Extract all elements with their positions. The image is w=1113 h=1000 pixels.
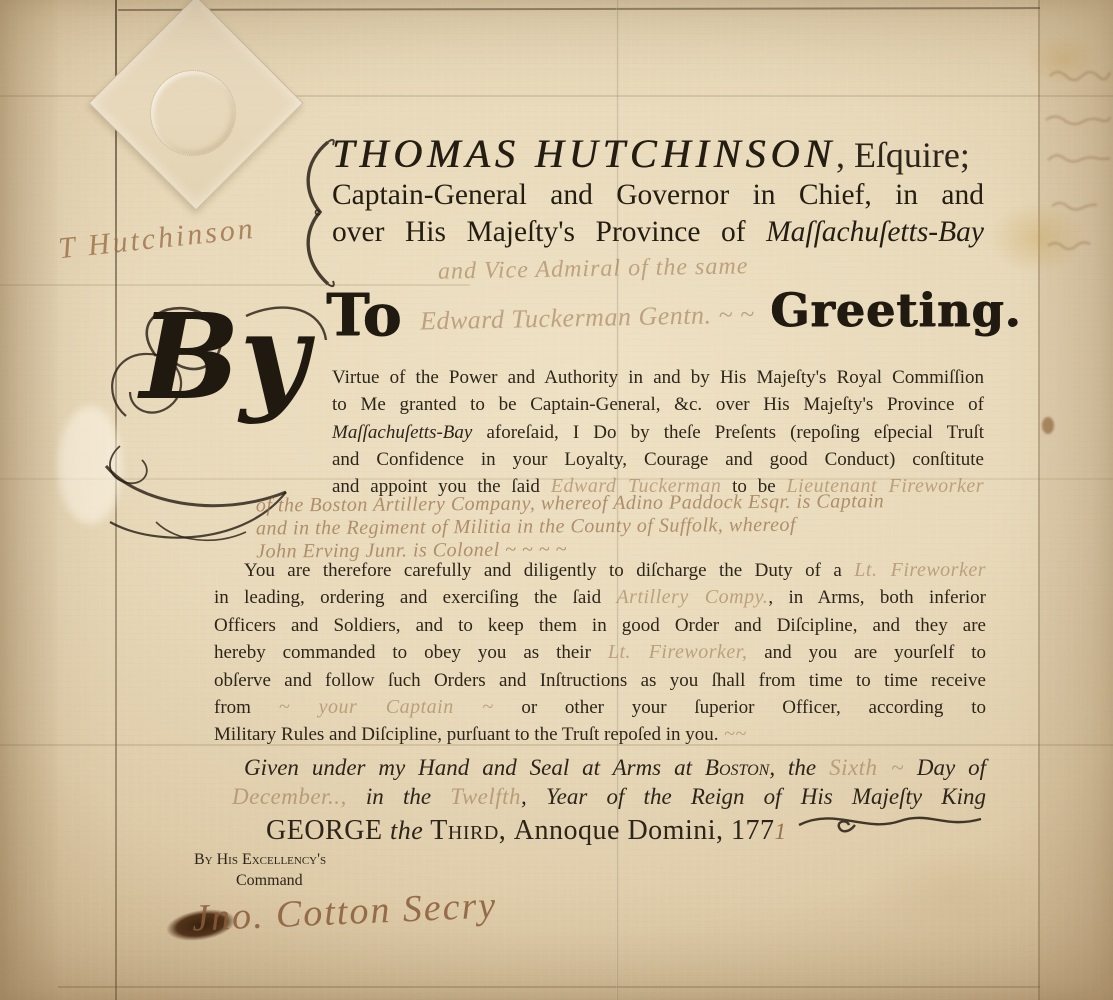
year-digit-handwritten: 1 — [775, 819, 787, 844]
stain — [860, 845, 1040, 935]
header-title-line: Captain-General and Governor in Chief, i… — [332, 177, 984, 214]
handwritten-filler: ~ ~ — [711, 299, 755, 329]
recipient-name: Edward Tuckerman Gentn. — [420, 300, 712, 335]
paragraph-line: Officers and Soldiers, and to keep them … — [214, 612, 986, 639]
dateline-text: , Year of the Reign of His Majeſty King — [521, 784, 986, 809]
paragraph-line: Virtue of the Power and Authority in and… — [332, 364, 984, 391]
paragraph-text: aforeſaid, I Do by theſe Preſents (repoſ… — [472, 422, 984, 443]
paragraph-text: from — [214, 697, 279, 718]
seal-emboss-circle — [150, 70, 236, 156]
duty-paragraph: You are therefore carefully and diligent… — [214, 557, 986, 749]
king-numeral: Third, — [423, 815, 513, 846]
paragraph-text: Military Rules and Diſcipline, purſuant … — [214, 724, 719, 745]
paragraph-line: obſerve and follow ſuch Orders and Inſtr… — [214, 667, 986, 694]
handwritten-filler: ~~ — [719, 723, 747, 745]
command-note: By His Excellency's Command — [194, 849, 326, 891]
command-line: By His Excellency's — [194, 849, 326, 870]
rank-handwritten: Lt. Fireworker, — [608, 641, 747, 663]
paragraph-line: You are therefore carefully and diligent… — [214, 557, 986, 584]
province-name: Maſſachuſetts-Bay — [332, 422, 472, 443]
month-handwritten: December.., — [232, 784, 347, 809]
vice-admiral-note-handwritten: and Vice Admiral of the same — [438, 253, 749, 285]
dateline-text: the — [390, 816, 423, 845]
paragraph-text: in leading, ordering and exerciſing the … — [214, 587, 616, 608]
dateline-text: in the — [347, 784, 451, 809]
george-line: GEORGE the Third, Annoque Domini, 1771 — [214, 811, 986, 846]
dateline: Given under my Hand and Seal at Arms at … — [214, 753, 986, 846]
command-line: Command — [236, 870, 326, 891]
handwritten-unit-lines: of the Boston Artillery Company, whereof… — [256, 489, 986, 563]
salutation-to-word: To — [326, 281, 401, 349]
left-paper-margin — [0, 0, 57, 1000]
dateline-text: Given under my Hand and Seal at Arms at — [244, 755, 705, 780]
day-handwritten: Sixth ~ — [829, 755, 904, 780]
dateline-line: December.., in the Twelfth, Year of the … — [214, 782, 986, 811]
verso-ink-showthrough — [1042, 48, 1112, 278]
superior-handwritten: ~ your Captain ~ — [279, 696, 494, 718]
paragraph-text: hereby commanded to obey you as their — [214, 642, 608, 663]
greeting-word: Greeting. — [770, 283, 1021, 337]
unit-handwritten: Artillery Compy. — [616, 586, 768, 608]
recipient-name-handwritten: Edward Tuckerman Gentn. ~ ~ — [420, 299, 755, 336]
king-name: GEORGE — [266, 815, 390, 846]
rank-handwritten: Lt. Fireworker — [854, 559, 986, 581]
province-line-text: over His Majeſty's Province of — [332, 216, 766, 248]
paragraph-text: or other your ſuperior Officer, accordin… — [494, 697, 986, 718]
paragraph-line: hereby commanded to obey you as their Lt… — [214, 639, 986, 666]
regnal-year-handwritten: Twelfth — [450, 784, 521, 809]
place-name: Boston — [705, 755, 769, 780]
paragraph-line: and Confidence in your Loyalty, Courage … — [332, 446, 984, 473]
paragraph-text: You are therefore carefully and diligent… — [244, 560, 854, 581]
initial-by-letters: By — [140, 298, 308, 416]
governor-margin-signature: T Hutchinson — [57, 212, 257, 267]
dateline-line: Given under my Hand and Seal at Arms at … — [214, 753, 986, 782]
document-bottom-edge-line — [58, 986, 1040, 988]
paragraph-line: Maſſachuſetts-Bay aforeſaid, I Do by the… — [332, 419, 984, 446]
ink-spot — [1042, 417, 1054, 434]
commission-paragraph: Virtue of the Power and Authority in and… — [332, 364, 984, 500]
paragraph-text: , in Arms, both inferior — [768, 587, 986, 608]
header-province-line: over His Majeſty's Province of Maſſachuſ… — [332, 214, 984, 251]
commission-document: T Hutchinson THOMAS HUTCHINSON, Eſquire;… — [0, 0, 1113, 1000]
paragraph-line: to Me granted to be Captain-General, &c.… — [332, 391, 984, 418]
document-top-edge-line — [118, 7, 1040, 11]
dateline-text: , the — [769, 755, 829, 780]
dateline-text: Day of — [904, 755, 986, 780]
paragraph-text: and you are yourſelf to — [747, 642, 986, 663]
governor-name-suffix: , Eſquire; — [836, 135, 970, 175]
paragraph-line: Military Rules and Diſcipline, purſuant … — [214, 721, 986, 748]
secretary-signature: Jno. Cotton Secry — [191, 883, 498, 940]
flourish-swash — [795, 811, 985, 833]
paragraph-line: from ~ your Captain ~ or other your ſupe… — [214, 694, 986, 721]
document-right-edge-line — [1038, 0, 1040, 1000]
dateline-text: Annoque Domini, 177 — [514, 815, 775, 846]
bracket-flourish — [292, 136, 336, 290]
paragraph-line: in leading, ordering and exerciſing the … — [214, 584, 986, 611]
document-header: THOMAS HUTCHINSON, Eſquire; Captain-Gene… — [332, 130, 984, 251]
header-name-line: THOMAS HUTCHINSON, Eſquire; — [332, 130, 984, 177]
province-name: Maſſachuſetts-Bay — [766, 216, 984, 248]
governor-name: THOMAS HUTCHINSON — [332, 131, 836, 176]
